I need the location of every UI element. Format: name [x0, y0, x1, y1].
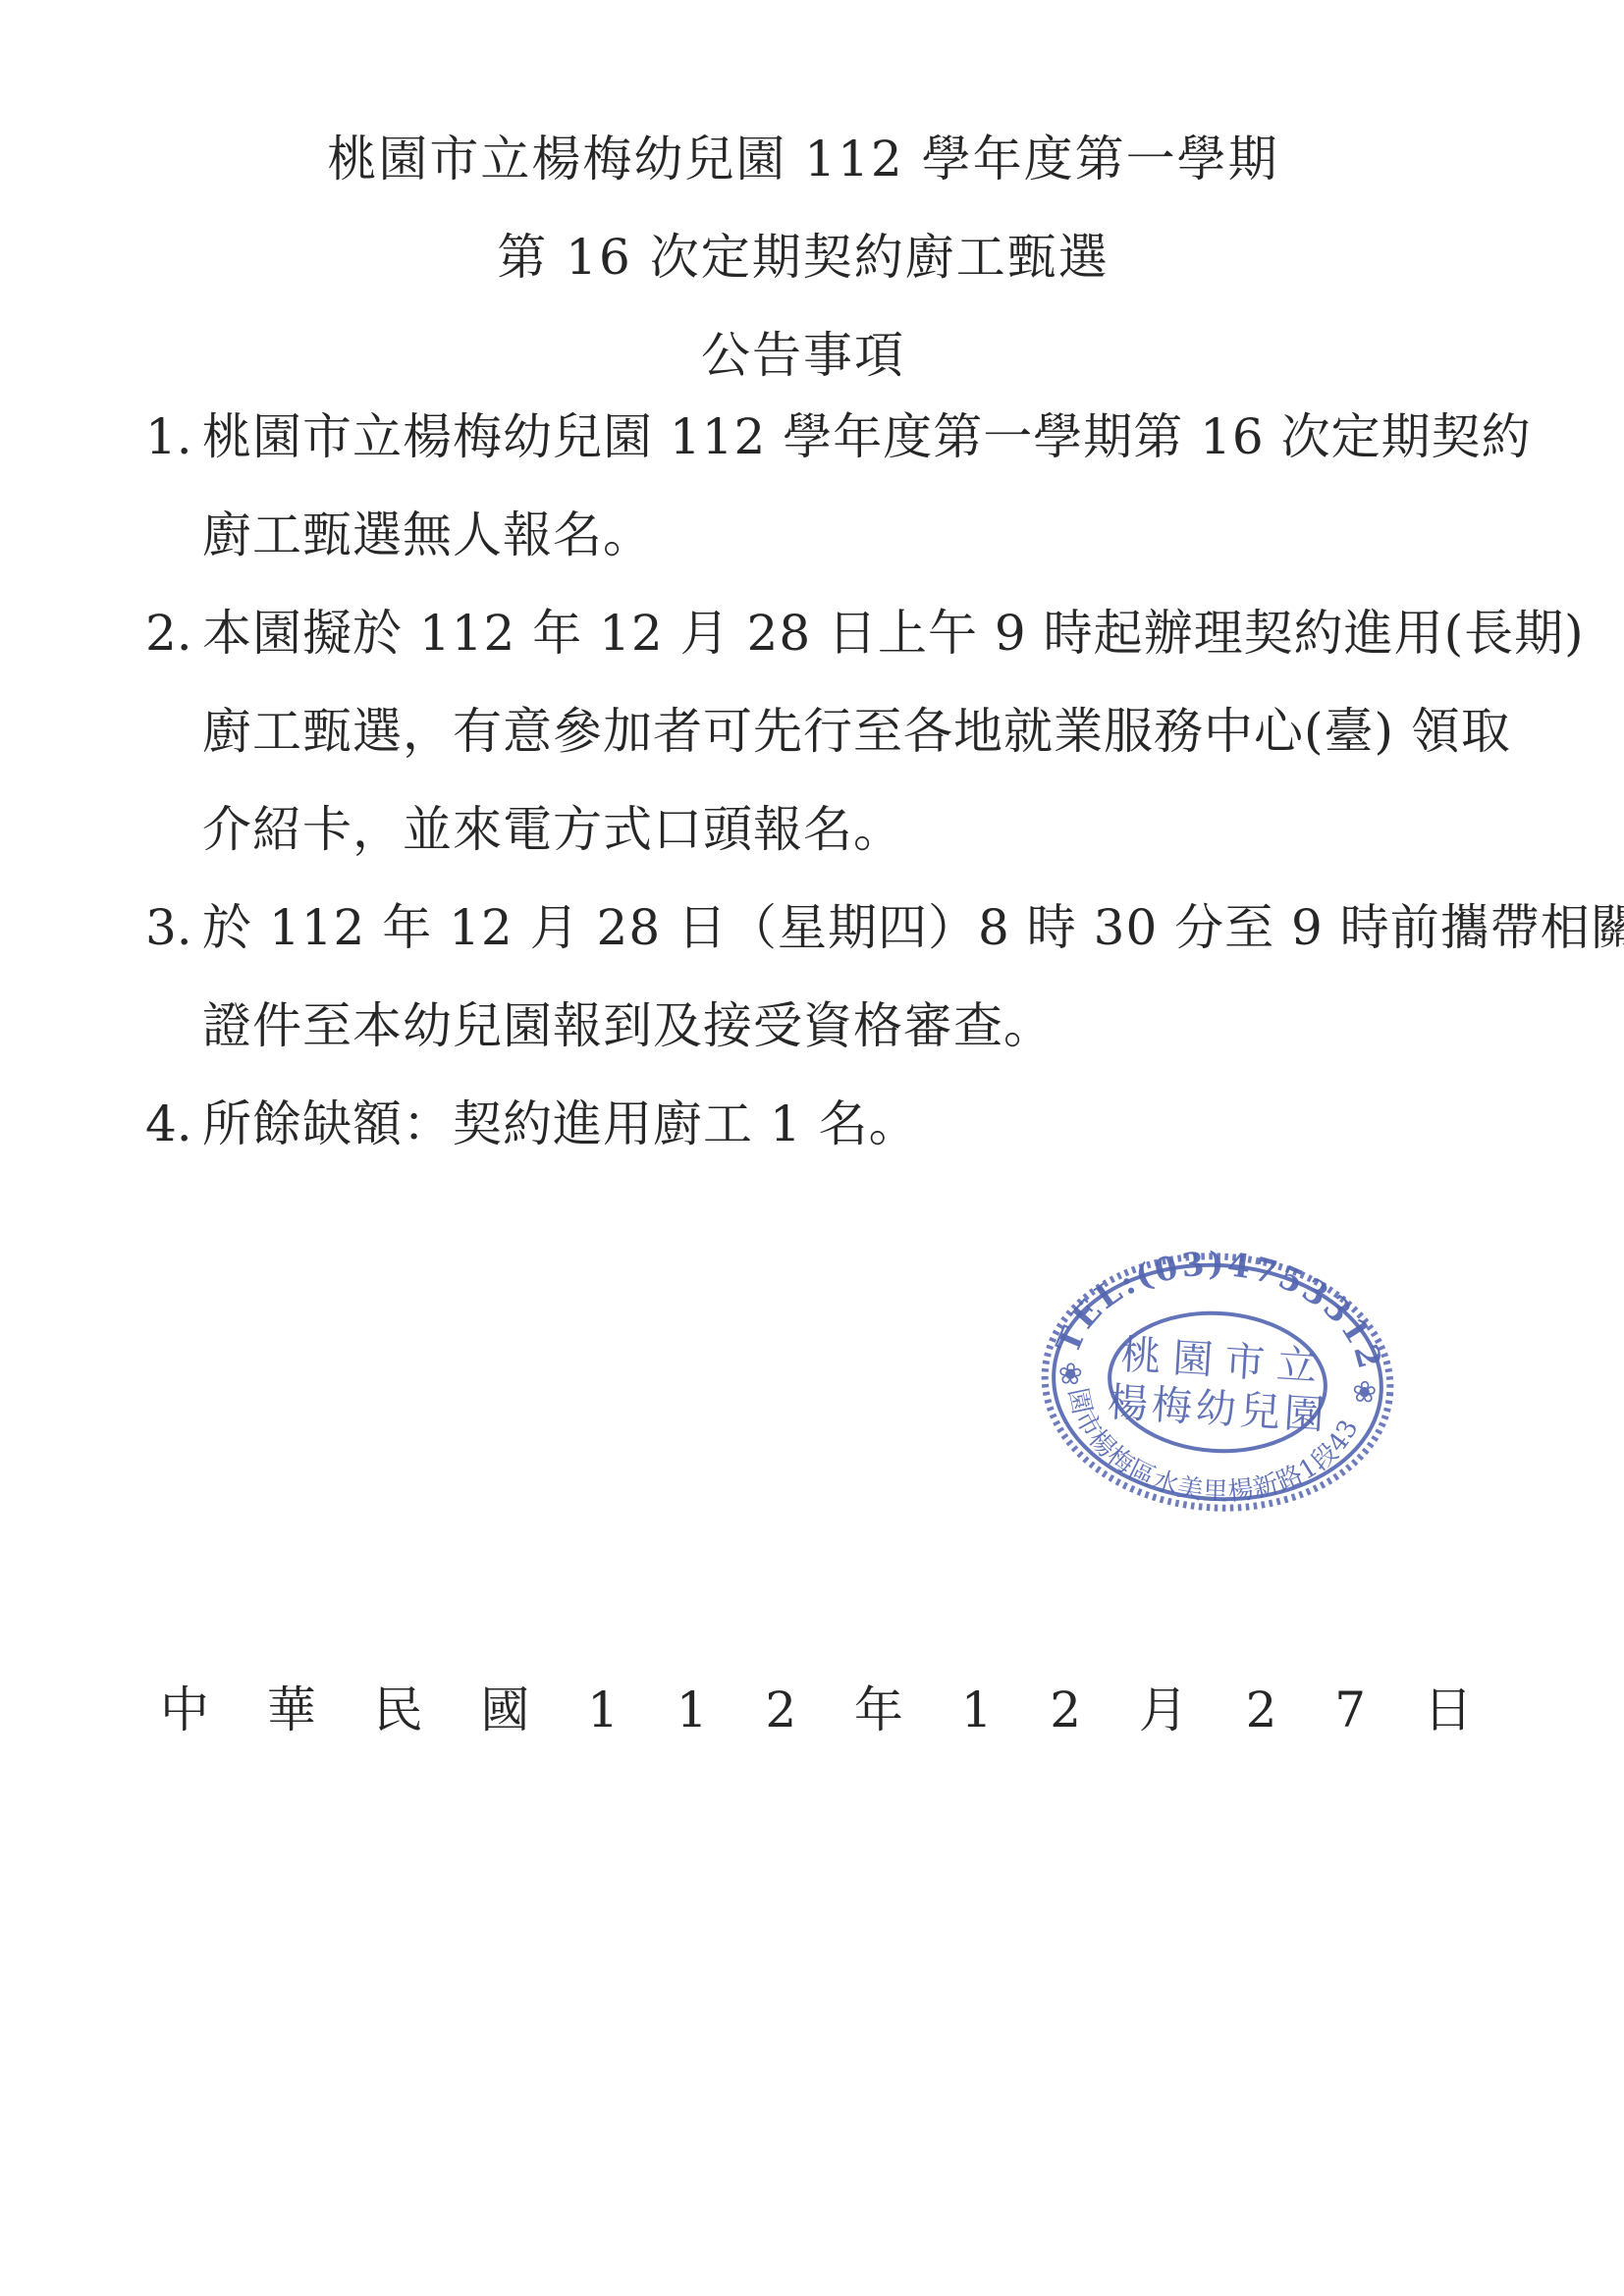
item-text: 本園擬於 112 年 12 月 28 日上午 9 時起辦理契約進用(長期) 廚工… [202, 584, 1585, 879]
list-item-2: 2. 本園擬於 112 年 12 月 28 日上午 9 時起辦理契約進用(長期)… [145, 584, 1520, 879]
document-title-line1: 桃園市立楊梅幼兒園 112 學年度第一學期 [0, 120, 1606, 190]
stamp-graphic: TEL:(03)4753312 桃園市楊梅區水美里楊新路1段431號 桃園市立 … [1022, 1224, 1413, 1541]
item-text: 所餘缺額：契約進用廚工 1 名。 [202, 1075, 1520, 1173]
item-text-line: 介紹卡，並來電方式口頭報名。 [202, 780, 1585, 879]
item-text-line: 桃園市立楊梅幼兒園 112 學年度第一學期第 16 次定期契約 [202, 388, 1532, 486]
item-text-line: 於 112 年 12 月 28 日（星期四）8 時 30 分至 9 時前攜帶相關 [202, 879, 1624, 977]
date-line: 中 華 民 國 1 1 2 年 1 2 月 2 7 日 [160, 1681, 1473, 1739]
list-item-1: 1. 桃園市立楊梅幼兒園 112 學年度第一學期第 16 次定期契約 廚工甄選無… [145, 388, 1520, 584]
date-char: 1 [587, 1681, 619, 1739]
date-char: 民 [374, 1681, 423, 1739]
announcement-list: 1. 桃園市立楊梅幼兒園 112 學年度第一學期第 16 次定期契約 廚工甄選無… [145, 388, 1520, 1173]
item-number: 3. [145, 879, 202, 977]
date-char: 中 [160, 1681, 209, 1739]
item-number: 1. [145, 388, 202, 486]
date-char: 華 [267, 1681, 316, 1739]
date-char: 日 [1424, 1681, 1473, 1739]
official-stamp: TEL:(03)4753312 桃園市楊梅區水美里楊新路1段431號 桃園市立 … [1022, 1224, 1413, 1541]
document-page: 桃園市立楊梅幼兒園 112 學年度第一學期 第 16 次定期契約廚工甄選 公告事… [0, 0, 1624, 2296]
item-text-line: 證件至本幼兒園報到及接受資格審查。 [202, 977, 1624, 1075]
date-char: 1 [961, 1681, 993, 1739]
section-heading: 公告事項 [0, 316, 1606, 387]
date-char: 7 [1334, 1681, 1366, 1739]
date-char: 國 [480, 1681, 529, 1739]
list-item-4: 4. 所餘缺額：契約進用廚工 1 名。 [145, 1075, 1520, 1173]
item-text: 於 112 年 12 月 28 日（星期四）8 時 30 分至 9 時前攜帶相關… [202, 879, 1624, 1075]
plum-blossom-icon: ❀ [1351, 1374, 1378, 1410]
date-char: 年 [854, 1681, 903, 1739]
item-text-line: 廚工甄選無人報名。 [202, 486, 1532, 584]
date-char: 月 [1139, 1681, 1188, 1739]
item-text-line: 本園擬於 112 年 12 月 28 日上午 9 時起辦理契約進用(長期) [202, 584, 1585, 682]
date-char: 2 [1050, 1681, 1081, 1739]
date-char: 1 [677, 1681, 708, 1739]
date-char: 2 [765, 1681, 796, 1739]
item-number: 2. [145, 584, 202, 682]
item-text: 桃園市立楊梅幼兒園 112 學年度第一學期第 16 次定期契約 廚工甄選無人報名… [202, 388, 1532, 584]
item-text-line: 廚工甄選，有意參加者可先行至各地就業服務中心(臺) 領取 [202, 682, 1585, 780]
item-text-line: 所餘缺額：契約進用廚工 1 名。 [202, 1075, 1520, 1173]
item-number: 4. [145, 1075, 202, 1173]
list-item-3: 3. 於 112 年 12 月 28 日（星期四）8 時 30 分至 9 時前攜… [145, 879, 1520, 1075]
date-char: 2 [1246, 1681, 1277, 1739]
plum-blossom-icon: ❀ [1057, 1357, 1084, 1392]
document-title-line2: 第 16 次定期契約廚工甄選 [0, 218, 1606, 289]
